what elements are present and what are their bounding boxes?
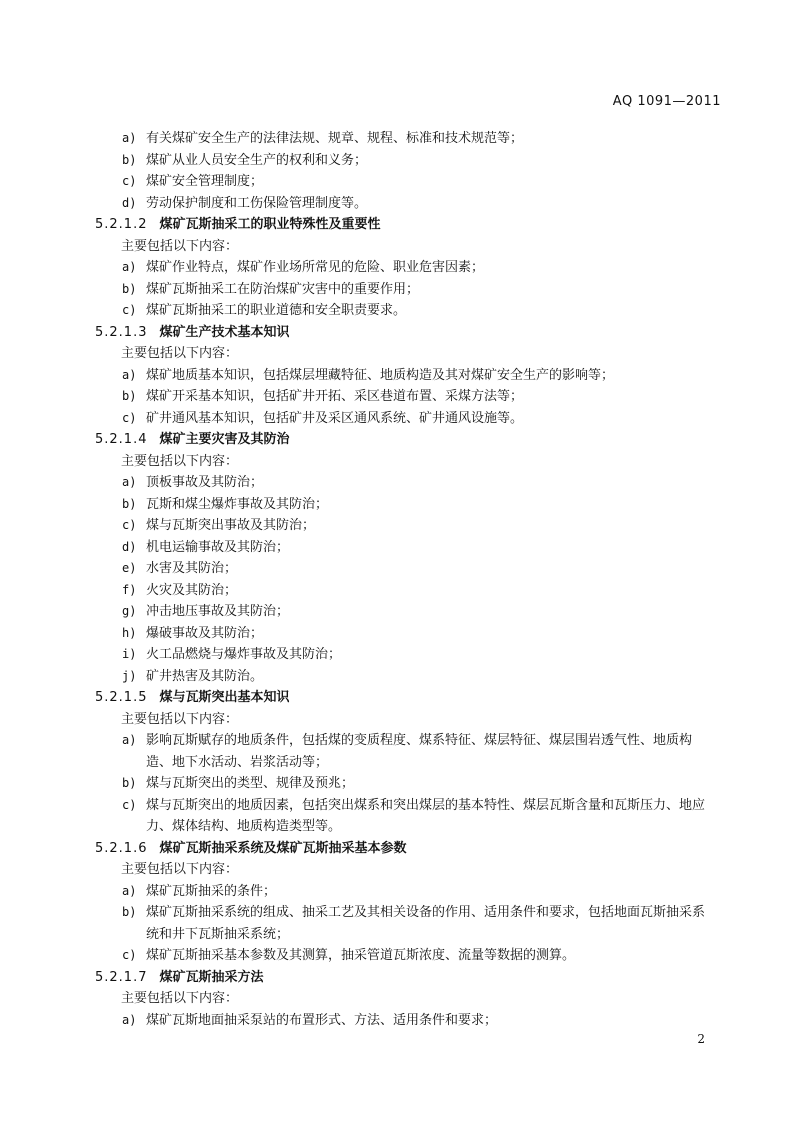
- section-heading: 5.2.1.5煤与瓦斯突出基本知识: [95, 687, 715, 709]
- list-item: e)水害及其防治；: [95, 558, 715, 580]
- document-body: a)有关煤矿安全生产的法律法规、规章、规程、标准和技术规范等； b)煤矿从业人员…: [95, 128, 715, 1031]
- section-heading: 5.2.1.6煤矿瓦斯抽采系统及煤矿瓦斯抽采基本参数: [95, 838, 715, 860]
- list-marker: a): [122, 472, 146, 494]
- list-item: b)煤矿瓦斯抽采系统的组成、抽采工艺及其相关设备的作用、适用条件和要求，包括地面…: [95, 902, 715, 945]
- list-item: b)煤与瓦斯突出的类型、规律及预兆；: [95, 773, 715, 795]
- list-marker: b): [122, 279, 146, 301]
- list-text: 矿井通风基本知识，包括矿井及采区通风系统、矿井通风设施等。: [146, 408, 715, 430]
- section-title: 煤矿瓦斯抽采方法: [159, 970, 263, 985]
- list-item: b)煤矿开采基本知识，包括矿井开拓、采区巷道布置、采煤方法等；: [95, 386, 715, 408]
- list-text: 煤矿瓦斯抽采工的职业道德和安全职责要求。: [146, 300, 715, 322]
- section-intro: 主要包括以下内容：: [95, 343, 715, 365]
- list-marker: j): [122, 666, 146, 688]
- section-number: 5.2.1.2: [95, 217, 147, 232]
- list-text: 煤矿瓦斯抽采基本参数及其测算，抽采管道瓦斯浓度、流量等数据的测算。: [146, 945, 715, 967]
- list-text: 煤与瓦斯突出的地质因素，包括突出煤系和突出煤层的基本特性、煤层瓦斯含量和瓦斯压力…: [146, 795, 715, 838]
- list-marker: c): [122, 515, 146, 537]
- list-marker: d): [122, 193, 146, 215]
- section-intro: 主要包括以下内容：: [95, 451, 715, 473]
- list-item: b)煤矿从业人员安全生产的权利和义务；: [95, 150, 715, 172]
- list-item: f)火灾及其防治；: [95, 580, 715, 602]
- list-marker: a): [122, 881, 146, 903]
- list-text: 劳动保护制度和工伤保险管理制度等。: [146, 193, 715, 215]
- list-item: i)火工品燃烧与爆炸事故及其防治；: [95, 644, 715, 666]
- section-intro: 主要包括以下内容：: [95, 859, 715, 881]
- list-text: 火工品燃烧与爆炸事故及其防治；: [146, 644, 715, 666]
- section-intro: 主要包括以下内容：: [95, 709, 715, 731]
- section-number: 5.2.1.6: [95, 841, 147, 856]
- list-item: c)矿井通风基本知识，包括矿井及采区通风系统、矿井通风设施等。: [95, 408, 715, 430]
- list-text: 煤与瓦斯突出的类型、规律及预兆；: [146, 773, 715, 795]
- list-item: g)冲击地压事故及其防治；: [95, 601, 715, 623]
- list-text: 煤矿开采基本知识，包括矿井开拓、采区巷道布置、采煤方法等；: [146, 386, 715, 408]
- list-item: a)顶板事故及其防治；: [95, 472, 715, 494]
- list-marker: c): [122, 795, 146, 838]
- list-marker: g): [122, 601, 146, 623]
- list-item: c)煤与瓦斯突出事故及其防治；: [95, 515, 715, 537]
- list-text: 影响瓦斯赋存的地质条件，包括煤的变质程度、煤系特征、煤层特征、煤层围岩透气性、地…: [146, 730, 715, 773]
- section-title: 煤矿主要灾害及其防治: [159, 432, 289, 447]
- list-marker: b): [122, 150, 146, 172]
- list-text: 煤矿安全管理制度；: [146, 171, 715, 193]
- list-item: c)煤矿瓦斯抽采基本参数及其测算，抽采管道瓦斯浓度、流量等数据的测算。: [95, 945, 715, 967]
- list-text: 瓦斯和煤尘爆炸事故及其防治；: [146, 494, 715, 516]
- list-text: 煤矿瓦斯地面抽采泵站的布置形式、方法、适用条件和要求；: [146, 1010, 715, 1032]
- list-marker: a): [122, 1010, 146, 1032]
- list-text: 煤矿地质基本知识，包括煤层埋藏特征、地质构造及其对煤矿安全生产的影响等；: [146, 365, 715, 387]
- section-heading: 5.2.1.2煤矿瓦斯抽采工的职业特殊性及重要性: [95, 214, 715, 236]
- list-marker: c): [122, 945, 146, 967]
- list-marker: a): [122, 730, 146, 773]
- list-marker: a): [122, 257, 146, 279]
- list-text: 机电运输事故及其防治；: [146, 537, 715, 559]
- list-marker: d): [122, 537, 146, 559]
- list-text: 矿井热害及其防治。: [146, 666, 715, 688]
- list-item: h)爆破事故及其防治；: [95, 623, 715, 645]
- list-text: 冲击地压事故及其防治；: [146, 601, 715, 623]
- list-marker: a): [122, 128, 146, 150]
- section-number: 5.2.1.7: [95, 970, 147, 985]
- list-marker: b): [122, 773, 146, 795]
- list-marker: i): [122, 644, 146, 666]
- list-item: c)煤矿瓦斯抽采工的职业道德和安全职责要求。: [95, 300, 715, 322]
- list-text: 煤矿瓦斯抽采工在防治煤矿灾害中的重要作用；: [146, 279, 715, 301]
- list-text: 有关煤矿安全生产的法律法规、规章、规程、标准和技术规范等；: [146, 128, 715, 150]
- list-marker: c): [122, 171, 146, 193]
- list-text: 煤矿作业特点，煤矿作业场所常见的危险、职业危害因素；: [146, 257, 715, 279]
- list-marker: b): [122, 386, 146, 408]
- standard-code: AQ 1091—2011: [613, 94, 721, 109]
- list-marker: b): [122, 902, 146, 945]
- list-marker: c): [122, 408, 146, 430]
- list-item: a)影响瓦斯赋存的地质条件，包括煤的变质程度、煤系特征、煤层特征、煤层围岩透气性…: [95, 730, 715, 773]
- section-number: 5.2.1.3: [95, 325, 147, 340]
- list-text: 爆破事故及其防治；: [146, 623, 715, 645]
- section-intro: 主要包括以下内容：: [95, 236, 715, 258]
- list-item: a)煤矿瓦斯地面抽采泵站的布置形式、方法、适用条件和要求；: [95, 1010, 715, 1032]
- list-marker: c): [122, 300, 146, 322]
- page-number: 2: [697, 1032, 705, 1046]
- list-item: d)劳动保护制度和工伤保险管理制度等。: [95, 193, 715, 215]
- list-text: 煤矿瓦斯抽采系统的组成、抽采工艺及其相关设备的作用、适用条件和要求，包括地面瓦斯…: [146, 902, 715, 945]
- list-item: j)矿井热害及其防治。: [95, 666, 715, 688]
- list-item: b)瓦斯和煤尘爆炸事故及其防治；: [95, 494, 715, 516]
- list-text: 煤矿从业人员安全生产的权利和义务；: [146, 150, 715, 172]
- section-heading: 5.2.1.3煤矿生产技术基本知识: [95, 322, 715, 344]
- list-item: d)机电运输事故及其防治；: [95, 537, 715, 559]
- list-item: c)煤矿安全管理制度；: [95, 171, 715, 193]
- section-title: 煤矿生产技术基本知识: [159, 325, 289, 340]
- list-text: 水害及其防治；: [146, 558, 715, 580]
- section-title: 煤矿瓦斯抽采系统及煤矿瓦斯抽采基本参数: [159, 841, 406, 856]
- list-text: 火灾及其防治；: [146, 580, 715, 602]
- list-marker: b): [122, 494, 146, 516]
- section-title: 煤矿瓦斯抽采工的职业特殊性及重要性: [159, 217, 380, 232]
- list-item: a)煤矿地质基本知识，包括煤层埋藏特征、地质构造及其对煤矿安全生产的影响等；: [95, 365, 715, 387]
- list-item: a)煤矿瓦斯抽采的条件；: [95, 881, 715, 903]
- list-text: 煤矿瓦斯抽采的条件；: [146, 881, 715, 903]
- list-item: c)煤与瓦斯突出的地质因素，包括突出煤系和突出煤层的基本特性、煤层瓦斯含量和瓦斯…: [95, 795, 715, 838]
- list-text: 煤与瓦斯突出事故及其防治；: [146, 515, 715, 537]
- section-intro: 主要包括以下内容：: [95, 988, 715, 1010]
- section-number: 5.2.1.5: [95, 690, 147, 705]
- section-title: 煤与瓦斯突出基本知识: [159, 690, 289, 705]
- list-item: a)有关煤矿安全生产的法律法规、规章、规程、标准和技术规范等；: [95, 128, 715, 150]
- section-heading: 5.2.1.7煤矿瓦斯抽采方法: [95, 967, 715, 989]
- section-number: 5.2.1.4: [95, 432, 147, 447]
- list-item: b)煤矿瓦斯抽采工在防治煤矿灾害中的重要作用；: [95, 279, 715, 301]
- list-marker: e): [122, 558, 146, 580]
- list-marker: h): [122, 623, 146, 645]
- list-marker: a): [122, 365, 146, 387]
- list-marker: f): [122, 580, 146, 602]
- list-item: a)煤矿作业特点，煤矿作业场所常见的危险、职业危害因素；: [95, 257, 715, 279]
- section-heading: 5.2.1.4煤矿主要灾害及其防治: [95, 429, 715, 451]
- list-text: 顶板事故及其防治；: [146, 472, 715, 494]
